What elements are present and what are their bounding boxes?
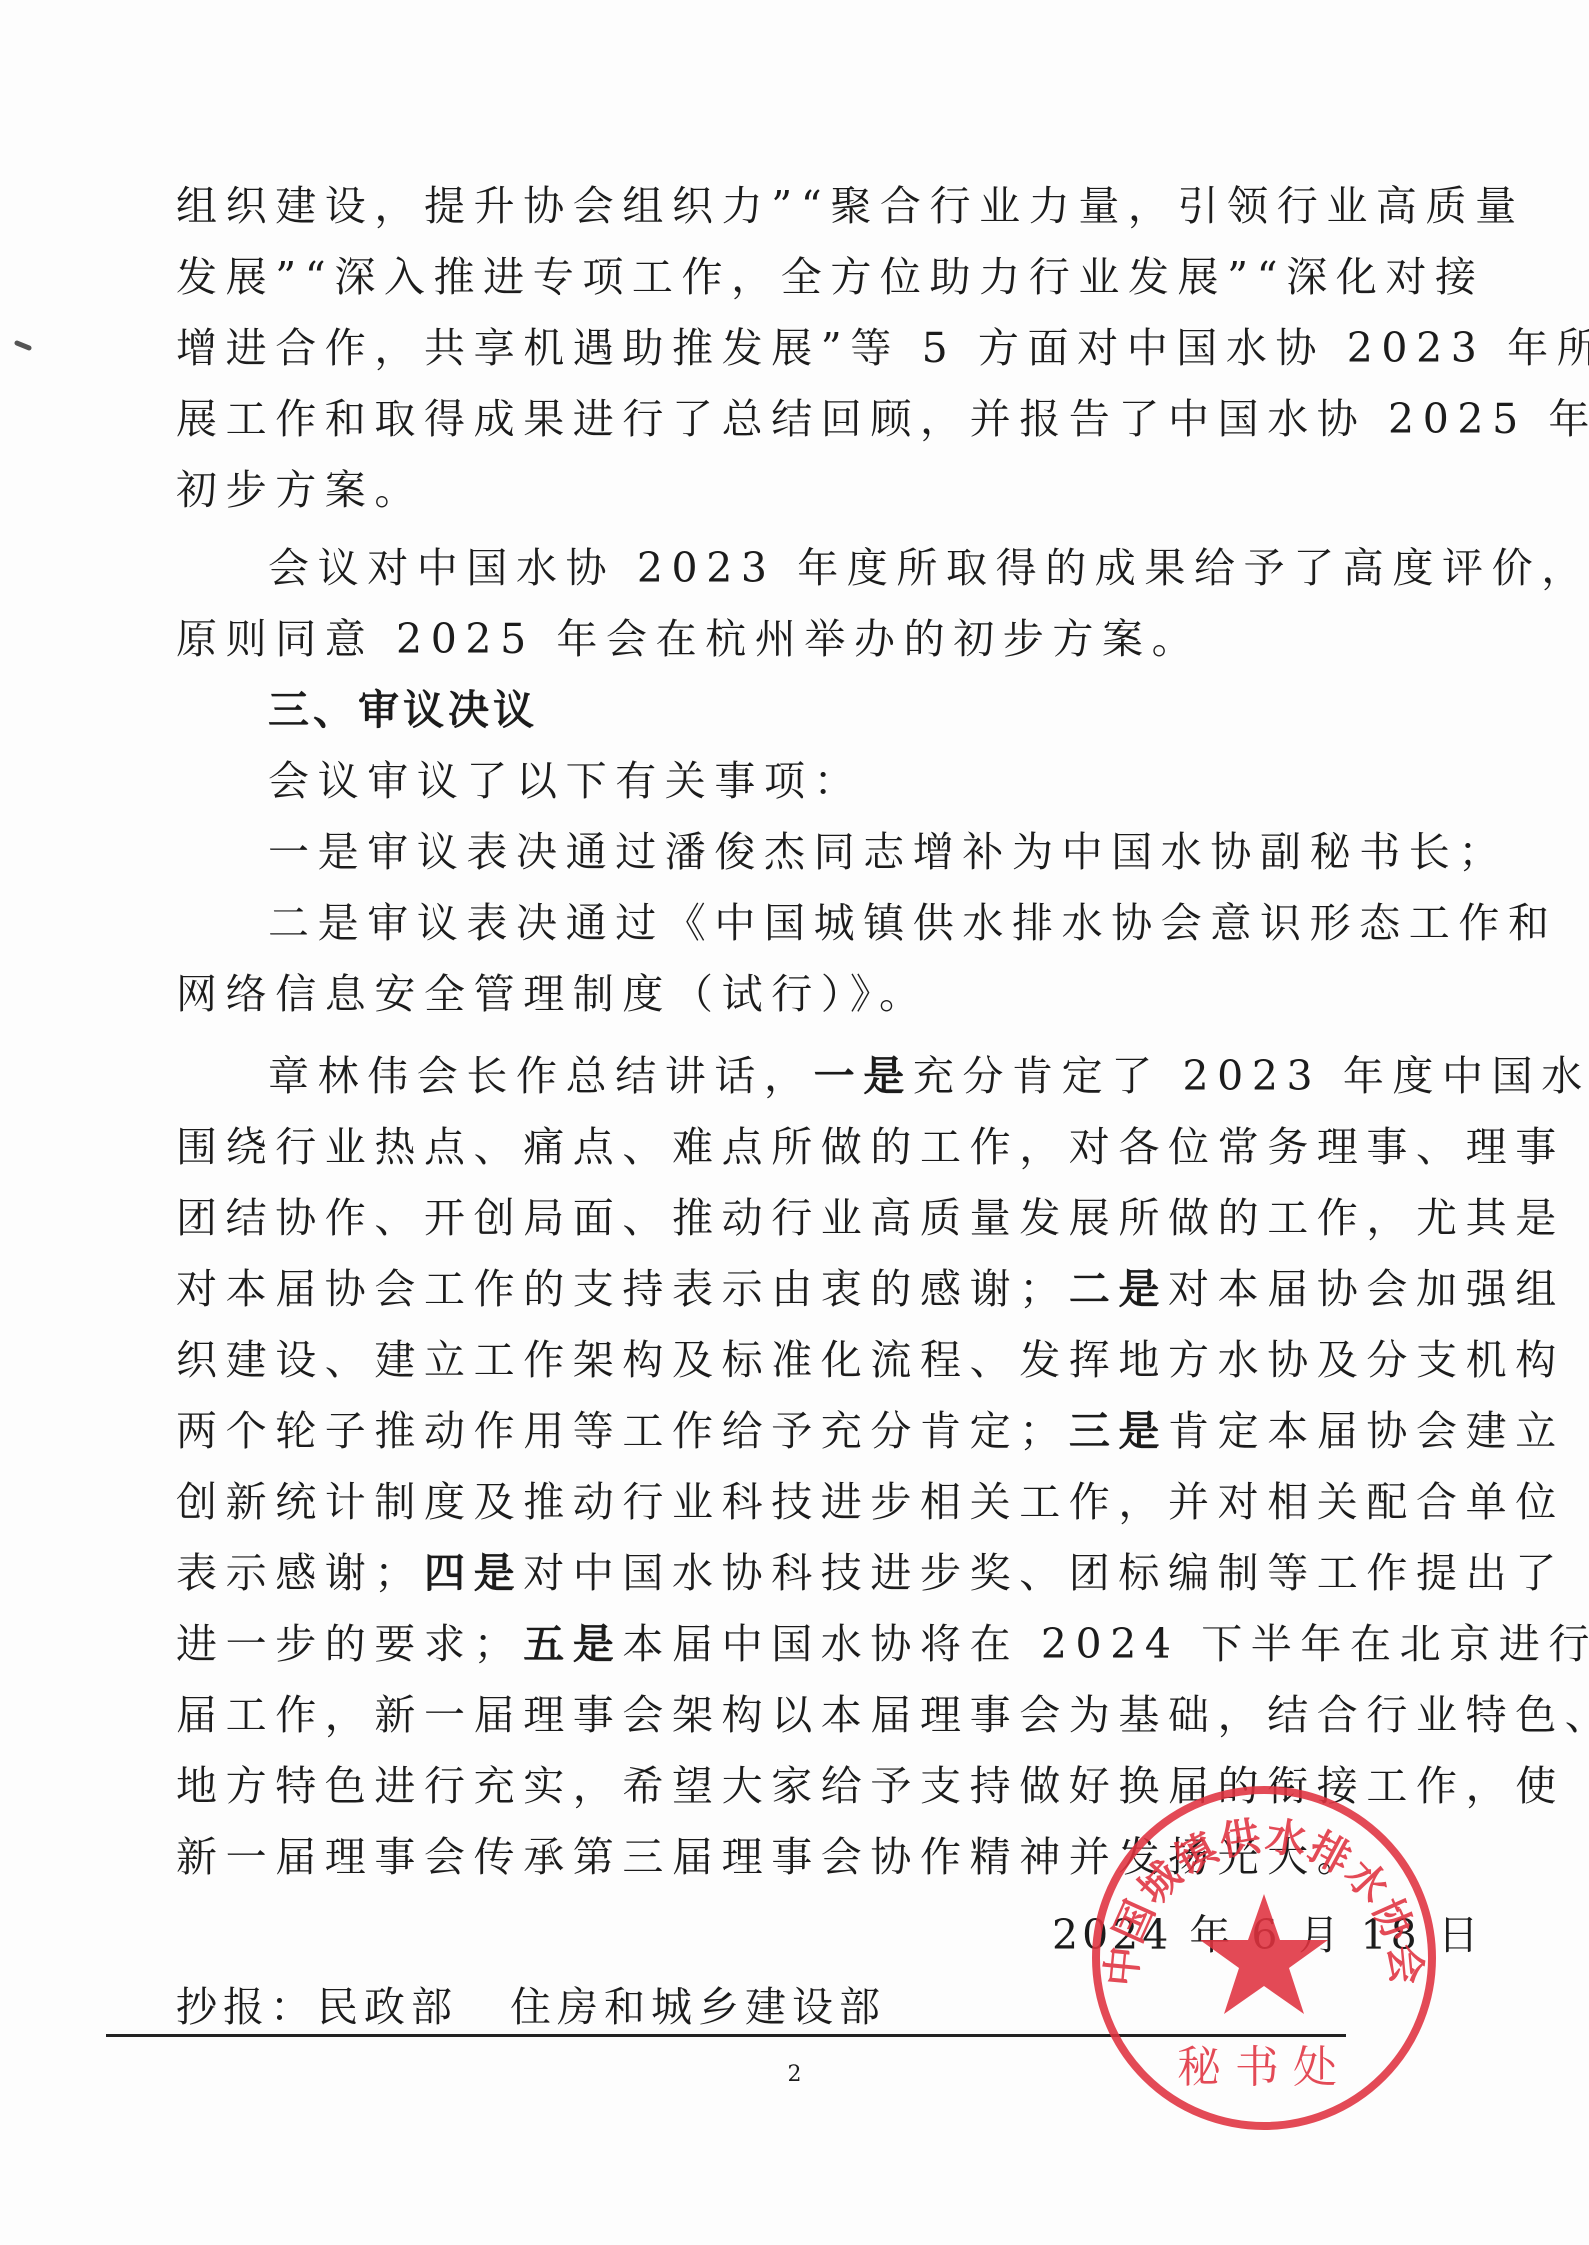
cc-recipient: 住房和城乡建设部: [510, 1983, 886, 2031]
summary-line: 地方特色进行充实，希望大家给予支持做好换届的衔接工作，使: [176, 1756, 1386, 1816]
summary-text: 肯定本届协会建立: [1168, 1407, 1565, 1455]
page-number: 2: [0, 2060, 1589, 2090]
summary-line: 新一届理事会传承第三届理事会协作精神并发扬光大。: [176, 1827, 1386, 1887]
scan-artifact-mark: [14, 340, 33, 351]
cc-recipient: 民政部: [317, 1983, 458, 2031]
section-heading: 三、审议决议: [268, 680, 1386, 740]
summary-line: 两个轮子推动作用等工作给予充分肯定；三是肯定本届协会建立: [176, 1401, 1386, 1461]
body-line: 发展”“深入推进专项工作，全方位助力行业发展”“深化对接: [176, 247, 1386, 307]
resolution-item-2-cont: 网络信息安全管理制度（试行）》。: [176, 964, 1386, 1024]
summary-line: 届工作，新一届理事会架构以本届理事会为基础，结合行业特色、: [176, 1685, 1386, 1745]
cc-line: 抄报：民政部住房和城乡建设部: [176, 1977, 886, 2037]
point-label-3: 三是: [1069, 1407, 1168, 1455]
cc-label: 抄报：: [176, 1983, 317, 2031]
document-page: 组织建设，提升协会组织力”“聚合行业力量，引领行业高质量 发展”“深入推进专项工…: [0, 0, 1589, 2245]
point-label-1: 一是: [814, 1052, 913, 1100]
resolution-item-1: 一是审议表决通过潘俊杰同志增补为中国水协副秘书长；: [268, 822, 1386, 882]
summary-line: 进一步的要求；五是本届中国水协将在 2024 下半年在北京进行换: [176, 1614, 1386, 1674]
summary-text: 本届中国水协将在 2024 下半年在北京进行换: [622, 1620, 1589, 1668]
summary-line: 围绕行业热点、痛点、难点所做的工作，对各位常务理事、理事: [176, 1117, 1386, 1177]
resolution-intro: 会议审议了以下有关事项：: [268, 751, 1386, 811]
summary-line: 创新统计制度及推动行业科技进步相关工作，并对相关配合单位: [176, 1472, 1386, 1532]
summary-text: 对本届协会加强组: [1168, 1265, 1565, 1313]
summary-text: 两个轮子推动作用等工作给予充分肯定；: [176, 1407, 1069, 1455]
summary-line: 章林伟会长作总结讲话，一是充分肯定了 2023 年度中国水协: [268, 1046, 1386, 1106]
point-label-5: 五是: [523, 1620, 622, 1668]
summary-line: 对本届协会工作的支持表示由衷的感谢；二是对本届协会加强组: [176, 1259, 1386, 1319]
evaluation-paragraph-line: 会议对中国水协 2023 年度所取得的成果给予了高度评价，并: [268, 538, 1386, 598]
footer-divider: [106, 2034, 1346, 2037]
body-line: 初步方案。: [176, 460, 1386, 520]
summary-line: 表示感谢；四是对中国水协科技进步奖、团标编制等工作提出了: [176, 1543, 1386, 1603]
document-date: 2024 年 6 月 18 日: [1052, 1905, 1483, 1965]
point-label-4: 四是: [424, 1549, 523, 1597]
summary-line: 织建设、建立工作架构及标准化流程、发挥地方水协及分支机构: [176, 1330, 1386, 1390]
summary-text: 表示感谢；: [176, 1549, 424, 1597]
point-label-2: 二是: [1069, 1265, 1168, 1313]
summary-line: 团结协作、开创局面、推动行业高质量发展所做的工作，尤其是: [176, 1188, 1386, 1248]
body-line: 增进合作，共享机遇助推发展”等 5 方面对中国水协 2023 年所开: [176, 318, 1386, 378]
body-line: 组织建设，提升协会组织力”“聚合行业力量，引领行业高质量: [176, 176, 1386, 236]
summary-text: 章林伟会长作总结讲话，: [268, 1052, 814, 1100]
summary-text: 充分肯定了 2023 年度中国水协: [913, 1052, 1589, 1100]
summary-text: 对中国水协科技进步奖、团标编制等工作提出了: [523, 1549, 1565, 1597]
resolution-item-2: 二是审议表决通过《中国城镇供水排水协会意识形态工作和: [268, 893, 1386, 953]
summary-text: 对本届协会工作的支持表示由衷的感谢；: [176, 1265, 1069, 1313]
evaluation-paragraph-line: 原则同意 2025 年会在杭州举办的初步方案。: [176, 609, 1386, 669]
summary-text: 进一步的要求；: [176, 1620, 523, 1668]
body-line: 展工作和取得成果进行了总结回顾，并报告了中国水协 2025 年会: [176, 389, 1386, 449]
